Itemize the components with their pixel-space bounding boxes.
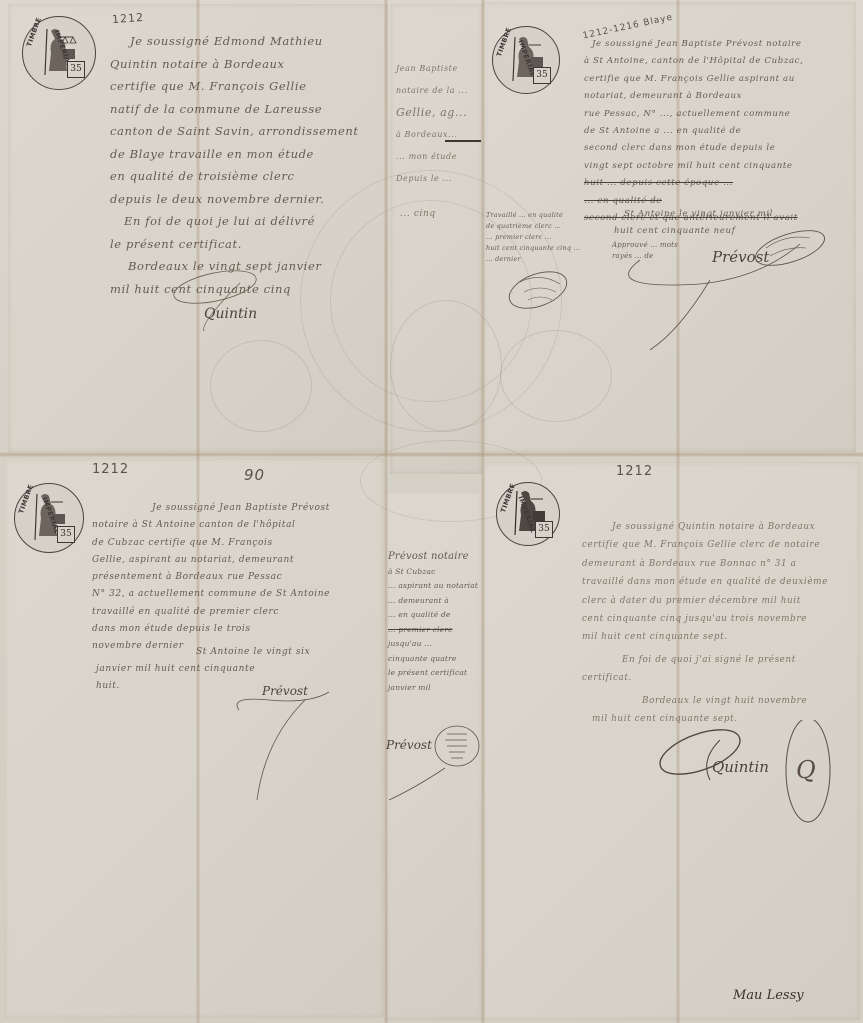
stamp-value: 35 [535, 521, 553, 538]
text-line: Prévost notaire [388, 550, 478, 565]
certificate-bottom-right-body: Je soussigné Quintin notaire à Bordeaux … [582, 518, 828, 728]
text-line: notaire à St Antoine canton de l'hôpital [92, 517, 330, 534]
text-line: de St Antoine a ... en qualité de [584, 123, 803, 140]
text-line: en qualité de troisième clerc [110, 165, 359, 188]
signature-prevost: Prévost [386, 738, 432, 752]
archive-number: 1212 [112, 11, 145, 26]
text-line-struck: huit ... depuis cette époque ... [584, 175, 803, 192]
signature-prevost: Prévost [712, 248, 769, 266]
text-line: En foi de quoi je lui ai délivré [110, 210, 359, 233]
text-line: clerc à dater du premier décembre mil hu… [582, 592, 828, 610]
text-line: ... en qualité de [388, 608, 478, 623]
text-line: Je soussigné Edmond Mathieu [110, 30, 359, 53]
imperial-stamp-top-right: TIMBRE IMPERIAL 35 [492, 26, 560, 94]
text-line-struck: ... premier clerc [388, 623, 478, 638]
text-line: ... demeurant à [388, 594, 478, 609]
text-line: de Blaye travaille en mon étude [110, 143, 359, 166]
text-line: Gellie, ag... [396, 102, 468, 124]
text-line: Depuis le ... [396, 168, 468, 190]
text-line: notaire de la ... [396, 80, 468, 102]
guilloche-arc [210, 340, 312, 432]
text-line: à St Antoine, canton de l'Hôpital de Cub… [584, 53, 803, 70]
text-line: cent cinquante cinq jusqu'au trois novem… [582, 610, 828, 628]
text-line: Quintin notaire à Bordeaux [110, 53, 359, 76]
imperial-stamp-bottom-left: TIMBRE IMPERIAL 35 [14, 483, 84, 553]
signature-flourish-icon [385, 720, 485, 800]
text-line: certifie que M. François Gellie [110, 75, 359, 98]
text-line: présentement à Bordeaux rue Pessac [92, 569, 330, 586]
text-line: janvier mil [388, 681, 478, 696]
text-line: ... aspirant au notariat [388, 579, 478, 594]
text-line: certificat. [582, 669, 828, 687]
signature-quintin: Quintin [204, 306, 257, 322]
signature-prevost: Prévost [262, 684, 308, 698]
stamp-value: 35 [57, 526, 75, 543]
text-line: Je soussigné Jean Baptiste Prévost notai… [584, 36, 803, 53]
text-line: janvier mil huit cent cinquante [96, 661, 310, 678]
text-line: ... cinq [400, 205, 436, 224]
text-line: certifie que M. François Gellie clerc de… [582, 536, 828, 554]
bottom-center-strip-text: Prévost notaire à St Cubzac ... aspirant… [388, 550, 478, 695]
document-sheet: TIMBRE IMPERIAL 35 TIMBRE IMPERIAL 35 TI… [0, 0, 863, 1023]
certificate-top-right-body: Je soussigné Jean Baptiste Prévost notai… [584, 36, 803, 227]
archival-signature: Mau Lessy [733, 988, 804, 1003]
text-line: natif de la commune de Lareusse [110, 98, 359, 121]
stamp-value: 35 [67, 61, 85, 78]
imperial-stamp-bottom-center: TIMBRE IMPERIAL 35 [496, 482, 560, 546]
text-line: cinquante quatre [388, 652, 478, 667]
text-line: Je soussigné Jean Baptiste Prévost [92, 500, 330, 517]
certificate-bottom-left-body: Je soussigné Jean Baptiste Prévost notai… [92, 500, 330, 656]
top-center-strip-text: Jean Baptiste notaire de la ... Gellie, … [396, 58, 468, 190]
text-line: travaillé dans mon étude en qualité de d… [582, 573, 828, 591]
signature-quintin: Quintin [712, 758, 769, 776]
text-line: à St Cubzac [388, 565, 478, 580]
text-line: le présent certificat. [110, 233, 359, 256]
text-line: Je soussigné Quintin notaire à Bordeaux [582, 518, 828, 536]
text-line: à Bordeaux... [396, 124, 468, 146]
text-line: Gellie, aspirant au notariat, demeurant [92, 552, 330, 569]
text-line: le présent certificat [388, 666, 478, 681]
folio-number: 90 [244, 466, 265, 484]
fold-line-vertical [384, 0, 388, 1023]
text-line: ... mon étude [396, 146, 468, 168]
text-line: de Cubzac certifie que M. François [92, 535, 330, 552]
archive-number: 1212 [92, 462, 129, 477]
text-line: notariat, demeurant à Bordeaux [584, 88, 803, 105]
text-line: N° 32, a actuellement commune de St Anto… [92, 586, 330, 603]
text-line: vingt sept octobre mil huit cent cinquan… [584, 158, 803, 175]
imperial-stamp-top-left: TIMBRE IMPERIAL 35 [22, 16, 96, 90]
text-line: En foi de quoi j'ai signé le présent [582, 651, 828, 669]
text-line: canton de Saint Savin, arrondissement [110, 120, 359, 143]
text-line: mil huit cent cinquante sept. [582, 628, 828, 646]
text-line: Jean Baptiste [396, 58, 468, 80]
text-line: Bordeaux le vingt huit novembre [582, 692, 828, 710]
stamp-value: 35 [533, 67, 551, 84]
text-line: travaillé en qualité de premier clerc [92, 604, 330, 621]
text-line: dans mon étude depuis le trois [92, 621, 330, 638]
certificate-top-left-body: Je soussigné Edmond Mathieu Quintin nota… [110, 30, 359, 300]
text-line: depuis le deux novembre dernier. [110, 188, 359, 211]
text-line: certifie que M. François Gellie aspirant… [584, 71, 803, 88]
text-line: St Antoine le vingt six [96, 644, 310, 661]
text-line: demeurant à Bordeaux rue Bonnac n° 31 a [582, 555, 828, 573]
text-line: rue Pessac, N° ..., actuellement commune [584, 106, 803, 123]
signature-flourish-icon [170, 265, 280, 335]
text-line: second clerc dans mon étude depuis le [584, 140, 803, 157]
seal-mark: Q [796, 756, 816, 784]
underline-rule [445, 140, 481, 142]
guilloche-arc [390, 300, 502, 432]
text-line: jusqu'au ... [388, 637, 478, 652]
archive-number: 1212 [616, 464, 653, 479]
signature-flourish-icon [225, 680, 345, 810]
signature-flourish-icon [490, 220, 850, 350]
